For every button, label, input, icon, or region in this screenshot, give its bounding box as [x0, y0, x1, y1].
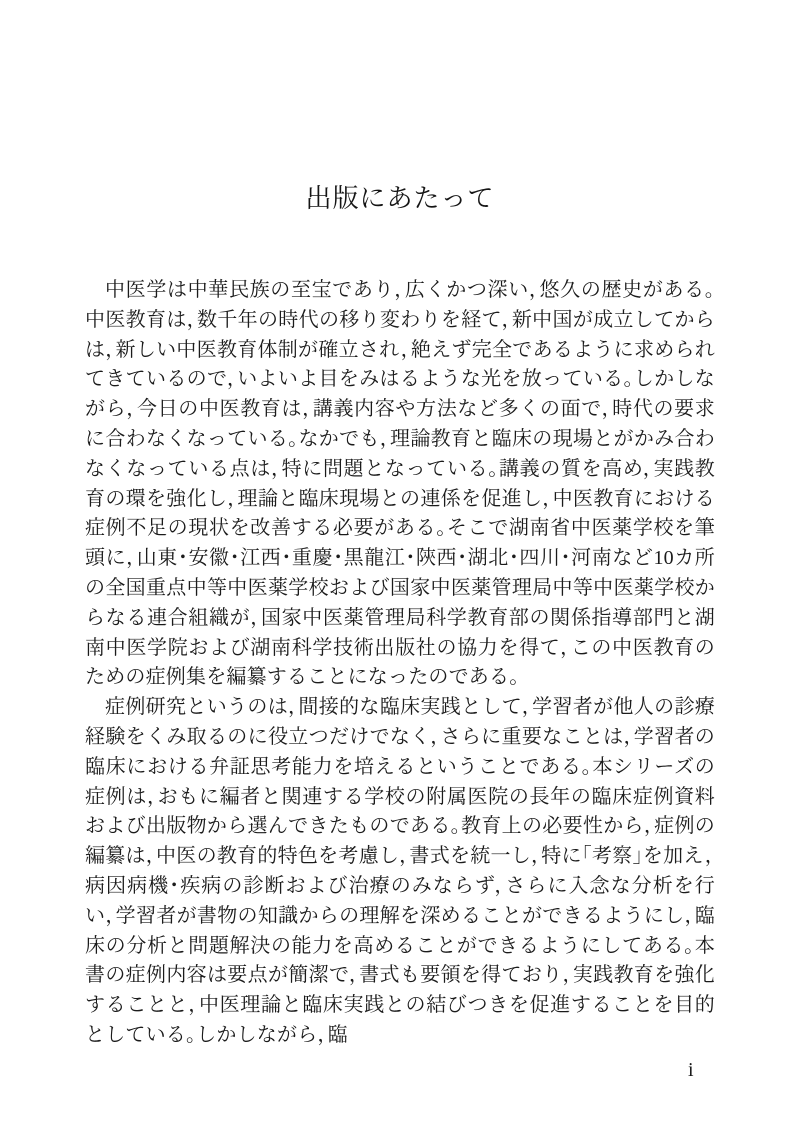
- paragraph-2: 症例研究というのは，間接的な臨床実践として，学習者が他人の診療経験をくみ取るのに…: [85, 693, 715, 1051]
- page-number: i: [688, 1059, 694, 1082]
- book-page: 出版にあたって 中医学は中華民族の至宝であり，広くかつ深い，悠久の歴史がある。中…: [0, 0, 800, 1135]
- page-title: 出版にあたって: [0, 178, 800, 215]
- paragraph-1: 中医学は中華民族の至宝であり，広くかつ深い，悠久の歴史がある。中医教育は，数千年…: [85, 276, 715, 693]
- body-text: 中医学は中華民族の至宝であり，広くかつ深い，悠久の歴史がある。中医教育は，数千年…: [85, 276, 715, 1051]
